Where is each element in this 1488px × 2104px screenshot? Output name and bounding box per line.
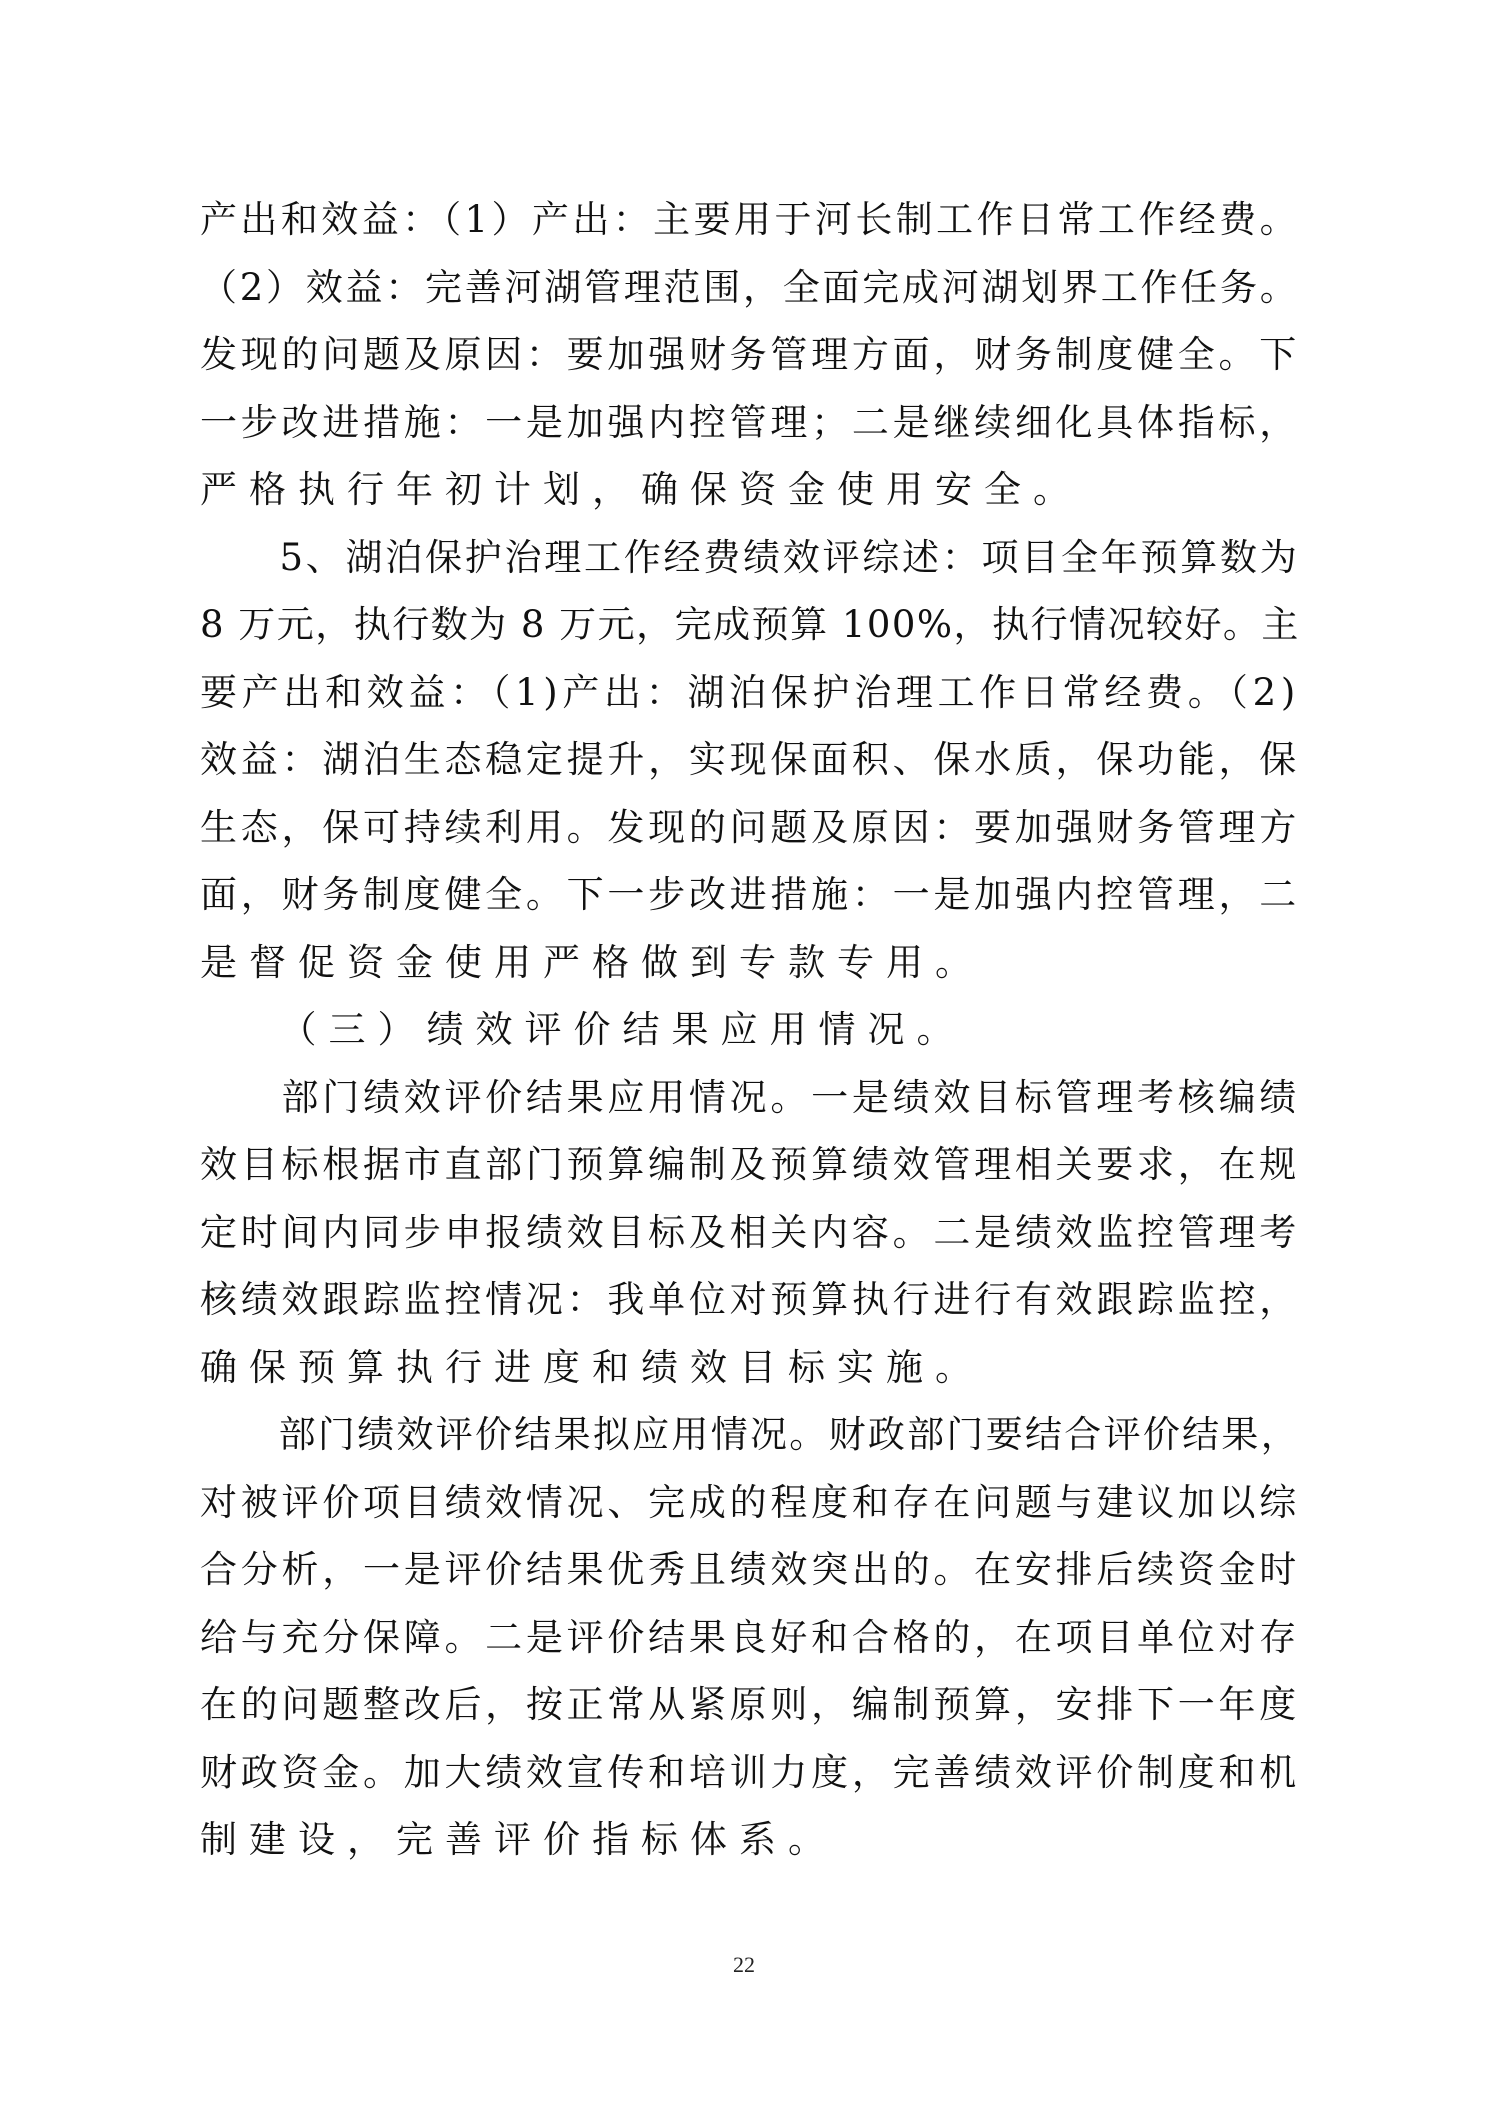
text-line: 核绩效跟踪监控情况：我单位对预算执行进行有效跟踪监控， — [200, 1266, 1310, 1334]
text-line: 财政资金。加大绩效宣传和培训力度，完善绩效评价制度和机 — [200, 1739, 1310, 1807]
paragraph-p1: 产出和效益：（1）产出：主要用于河长制工作日常工作经费。（2）效益：完善河湖管理… — [200, 186, 1310, 524]
text-line: 部门绩效评价结果应用情况。一是绩效目标管理考核编绩 — [200, 1064, 1310, 1132]
text-line: 生态，保可持续利用。发现的问题及原因：要加强财务管理方 — [200, 794, 1310, 862]
page-number: 22 — [0, 1952, 1488, 1978]
text-line: 5、湖泊保护治理工作经费绩效评综述：项目全年预算数为 — [200, 524, 1310, 592]
text-line: 面，财务制度健全。下一步改进措施：一是加强内控管理，二 — [200, 861, 1310, 929]
text-line: 发现的问题及原因：要加强财务管理方面，财务制度健全。下 — [200, 321, 1310, 389]
text-line: 给与充分保障。二是评价结果良好和合格的，在项目单位对存 — [200, 1604, 1310, 1672]
text-line: 在的问题整改后，按正常从紧原则，编制预算，安排下一年度 — [200, 1671, 1310, 1739]
text-line: 对被评价项目绩效情况、完成的程度和存在问题与建议加以综 — [200, 1469, 1310, 1537]
text-line: 一步改进措施：一是加强内控管理；二是继续细化具体指标， — [200, 389, 1310, 457]
text-line: （2）效益：完善河湖管理范围，全面完成河湖划界工作任务。 — [200, 254, 1310, 322]
text-line: 制建设，完善评价指标体系。 — [200, 1806, 1310, 1874]
text-line: 8 万元，执行数为 8 万元，完成预算 100%，执行情况较好。主 — [200, 591, 1310, 659]
paragraph-p5: 部门绩效评价结果拟应用情况。财政部门要结合评价结果，对被评价项目绩效情况、完成的… — [200, 1401, 1310, 1874]
text-line: 要产出和效益：（1)产出：湖泊保护治理工作日常经费。（2) — [200, 659, 1310, 727]
text-line: 产出和效益：（1）产出：主要用于河长制工作日常工作经费。 — [200, 186, 1310, 254]
text-line: 确保预算执行进度和绩效目标实施。 — [200, 1334, 1310, 1402]
text-line: 部门绩效评价结果拟应用情况。财政部门要结合评价结果， — [200, 1401, 1310, 1469]
text-line: 效目标根据市直部门预算编制及预算绩效管理相关要求，在规 — [200, 1131, 1310, 1199]
body-text: 产出和效益：（1）产出：主要用于河长制工作日常工作经费。（2）效益：完善河湖管理… — [200, 186, 1310, 1874]
text-line: 是督促资金使用严格做到专款专用。 — [200, 929, 1310, 997]
text-line: 效益：湖泊生态稳定提升，实现保面积、保水质，保功能，保 — [200, 726, 1310, 794]
document-page: 产出和效益：（1）产出：主要用于河长制工作日常工作经费。（2）效益：完善河湖管理… — [0, 0, 1488, 2104]
text-line: （三）绩效评价结果应用情况。 — [200, 996, 1310, 1064]
text-line: 合分析，一是评价结果优秀且绩效突出的。在安排后续资金时 — [200, 1536, 1310, 1604]
paragraph-p4: 部门绩效评价结果应用情况。一是绩效目标管理考核编绩效目标根据市直部门预算编制及预… — [200, 1064, 1310, 1402]
text-line: 定时间内同步申报绩效目标及相关内容。二是绩效监控管理考 — [200, 1199, 1310, 1267]
paragraph-p2: 5、湖泊保护治理工作经费绩效评综述：项目全年预算数为8 万元，执行数为 8 万元… — [200, 524, 1310, 997]
paragraph-p3: （三）绩效评价结果应用情况。 — [200, 996, 1310, 1064]
text-line: 严格执行年初计划，确保资金使用安全。 — [200, 456, 1310, 524]
